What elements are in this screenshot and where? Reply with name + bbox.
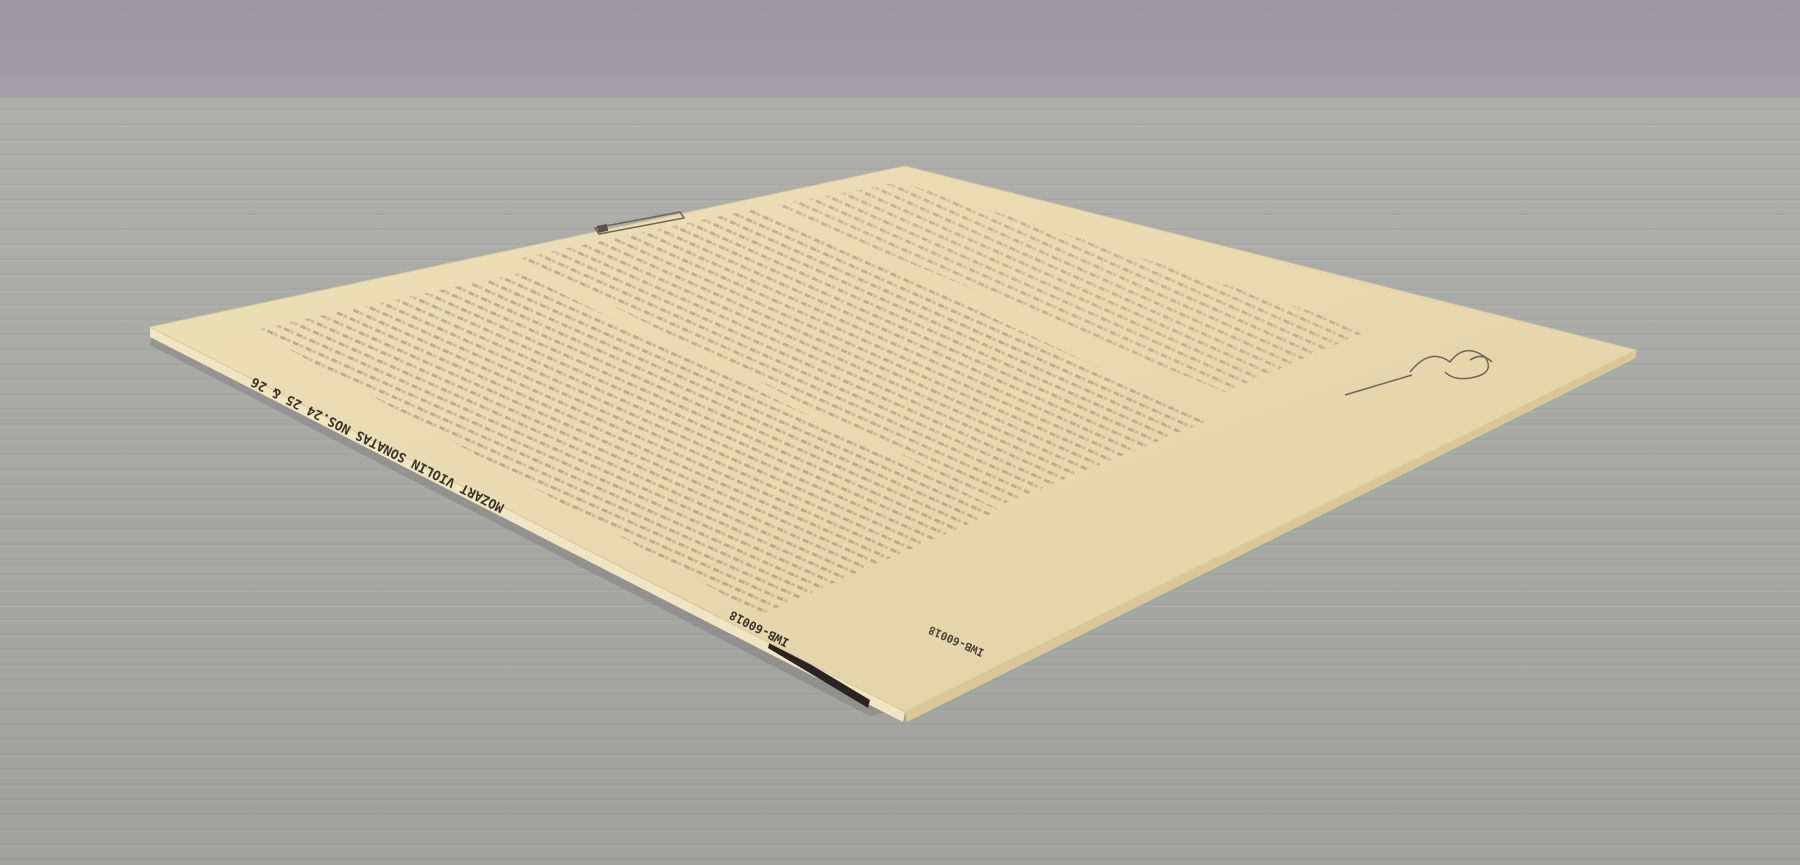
record-sleeve-photo: MOZART VIOLIN SONATAS NOS.24 25 & 26 IWB… [0,0,1800,865]
